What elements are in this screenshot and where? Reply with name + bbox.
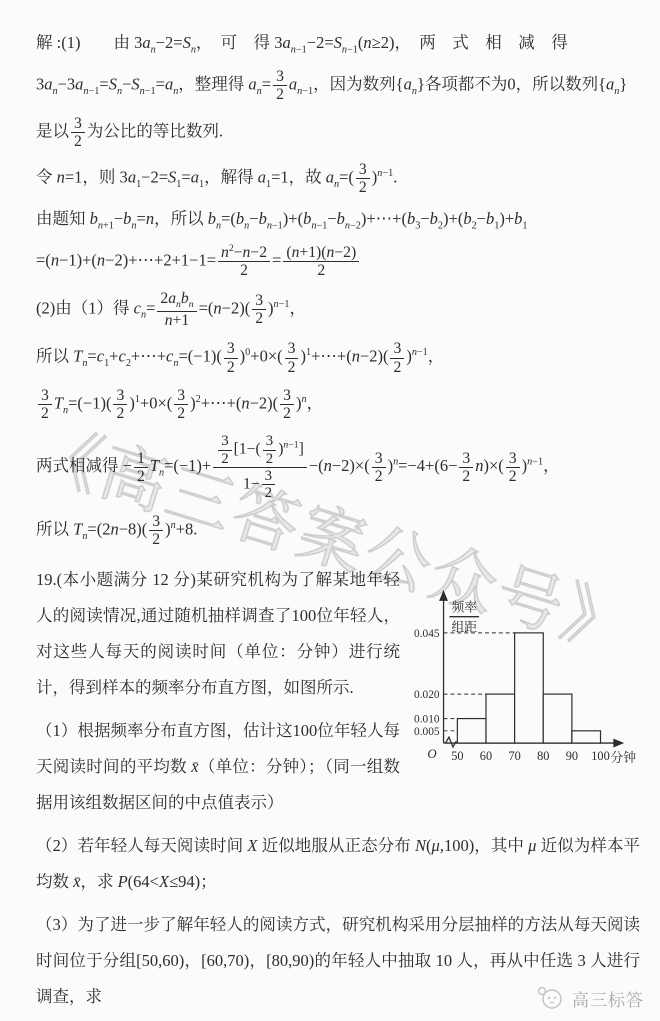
brand-badge: 高三标答 xyxy=(535,985,644,1011)
y-tick-label: 0.010 xyxy=(414,714,440,726)
y-axis-arrow xyxy=(439,590,448,601)
histogram-figure: 0.0050.0100.0200.0455060708090100分钟O频率组距 xyxy=(408,564,640,776)
solution-line-5: 由题知 bn+1−bn=n，所以 bn=(bn−bn−1)+(bn−1−bn−2… xyxy=(36,208,640,233)
x-tick-label: 60 xyxy=(480,749,492,763)
solution-line-1: 解 :(1) 由 3an−2=Sn， 可 得 3an−1−2=Sn−1(n≥2)… xyxy=(36,32,640,57)
solution-line-2: 3an−3an−1=Sn−Sn−1=an，整理得 an=32an−1，因为数列{… xyxy=(36,68,640,103)
histogram-bar xyxy=(486,694,515,743)
y-tick-label: 0.045 xyxy=(414,628,440,640)
histogram-bar xyxy=(515,633,544,743)
brand-mascot-icon xyxy=(535,985,565,1011)
frequency-histogram: 0.0050.0100.0200.0455060708090100分钟O频率组距 xyxy=(408,564,640,776)
x-tick-label: 50 xyxy=(451,749,463,763)
y-tick-label: 0.005 xyxy=(414,726,440,738)
document-page: 《高三答案公众号》 解 :(1) 由 3an−2=Sn， 可 得 3an−1−2… xyxy=(0,0,660,1021)
histogram-bar xyxy=(543,694,572,743)
problem-19-section: 0.0050.0100.0200.0455060708090100分钟O频率组距… xyxy=(36,562,640,1015)
problem-19-part2: （2）若年轻人每天阅读时间 X 近似地服从正态分布 N(μ,100)，其中 μ … xyxy=(36,828,640,900)
x-tick-label: 70 xyxy=(508,749,520,763)
histogram-bar xyxy=(457,719,486,743)
solution-line-6: =(n−1)+(n−2)+⋯+2+1−1=n2−n−22=(n+1)(n−2)2 xyxy=(36,244,640,280)
y-axis-label-denominator: 组距 xyxy=(451,621,477,635)
solution-line-3: 是以32为公比的等比数列. xyxy=(36,115,640,150)
solution-line-10: 两式相减得 −12Tn=(−1)+32[1−(32)n−1]1−32−(n−2)… xyxy=(36,433,640,502)
y-axis-label-numerator: 频率 xyxy=(451,600,477,615)
content: 解 :(1) 由 3an−2=Sn， 可 得 3an−1−2=Sn−1(n≥2)… xyxy=(0,0,660,1015)
solution-line-11: 所以 Tn=(2n−8)(32)n+8. xyxy=(36,513,640,548)
histogram-bar xyxy=(572,731,601,743)
origin-label: O xyxy=(427,747,436,761)
x-tick-label: 90 xyxy=(566,749,578,763)
y-tick-label: 0.020 xyxy=(414,689,440,701)
solution-line-8: 所以 Tn=c1+c2+⋯+cn=(−1)(32)0+0×(32)1+⋯+(n−… xyxy=(36,340,640,375)
x-axis-label: 分钟 xyxy=(610,751,636,765)
x-tick-label: 100 xyxy=(591,749,610,763)
solution-line-9: 32Tn=(−1)(32)1+0×(32)2+⋯+(n−2)(32)n， xyxy=(36,387,640,422)
x-axis-arrow xyxy=(613,739,624,748)
solution-section: 解 :(1) 由 3an−2=Sn， 可 得 3an−1−2=Sn−1(n≥2)… xyxy=(36,32,640,548)
x-tick-label: 80 xyxy=(537,749,549,763)
solution-line-7: (2)由（1）得 cn=2anbnn+1=(n−2)(32)n−1， xyxy=(36,290,640,329)
brand-label: 高三标答 xyxy=(572,986,644,1011)
solution-line-4: 令 n=1，则 3a1−2=S1=a1，解得 a1=1，故 an=(32)n−1… xyxy=(36,161,640,196)
axis-break xyxy=(446,737,457,747)
